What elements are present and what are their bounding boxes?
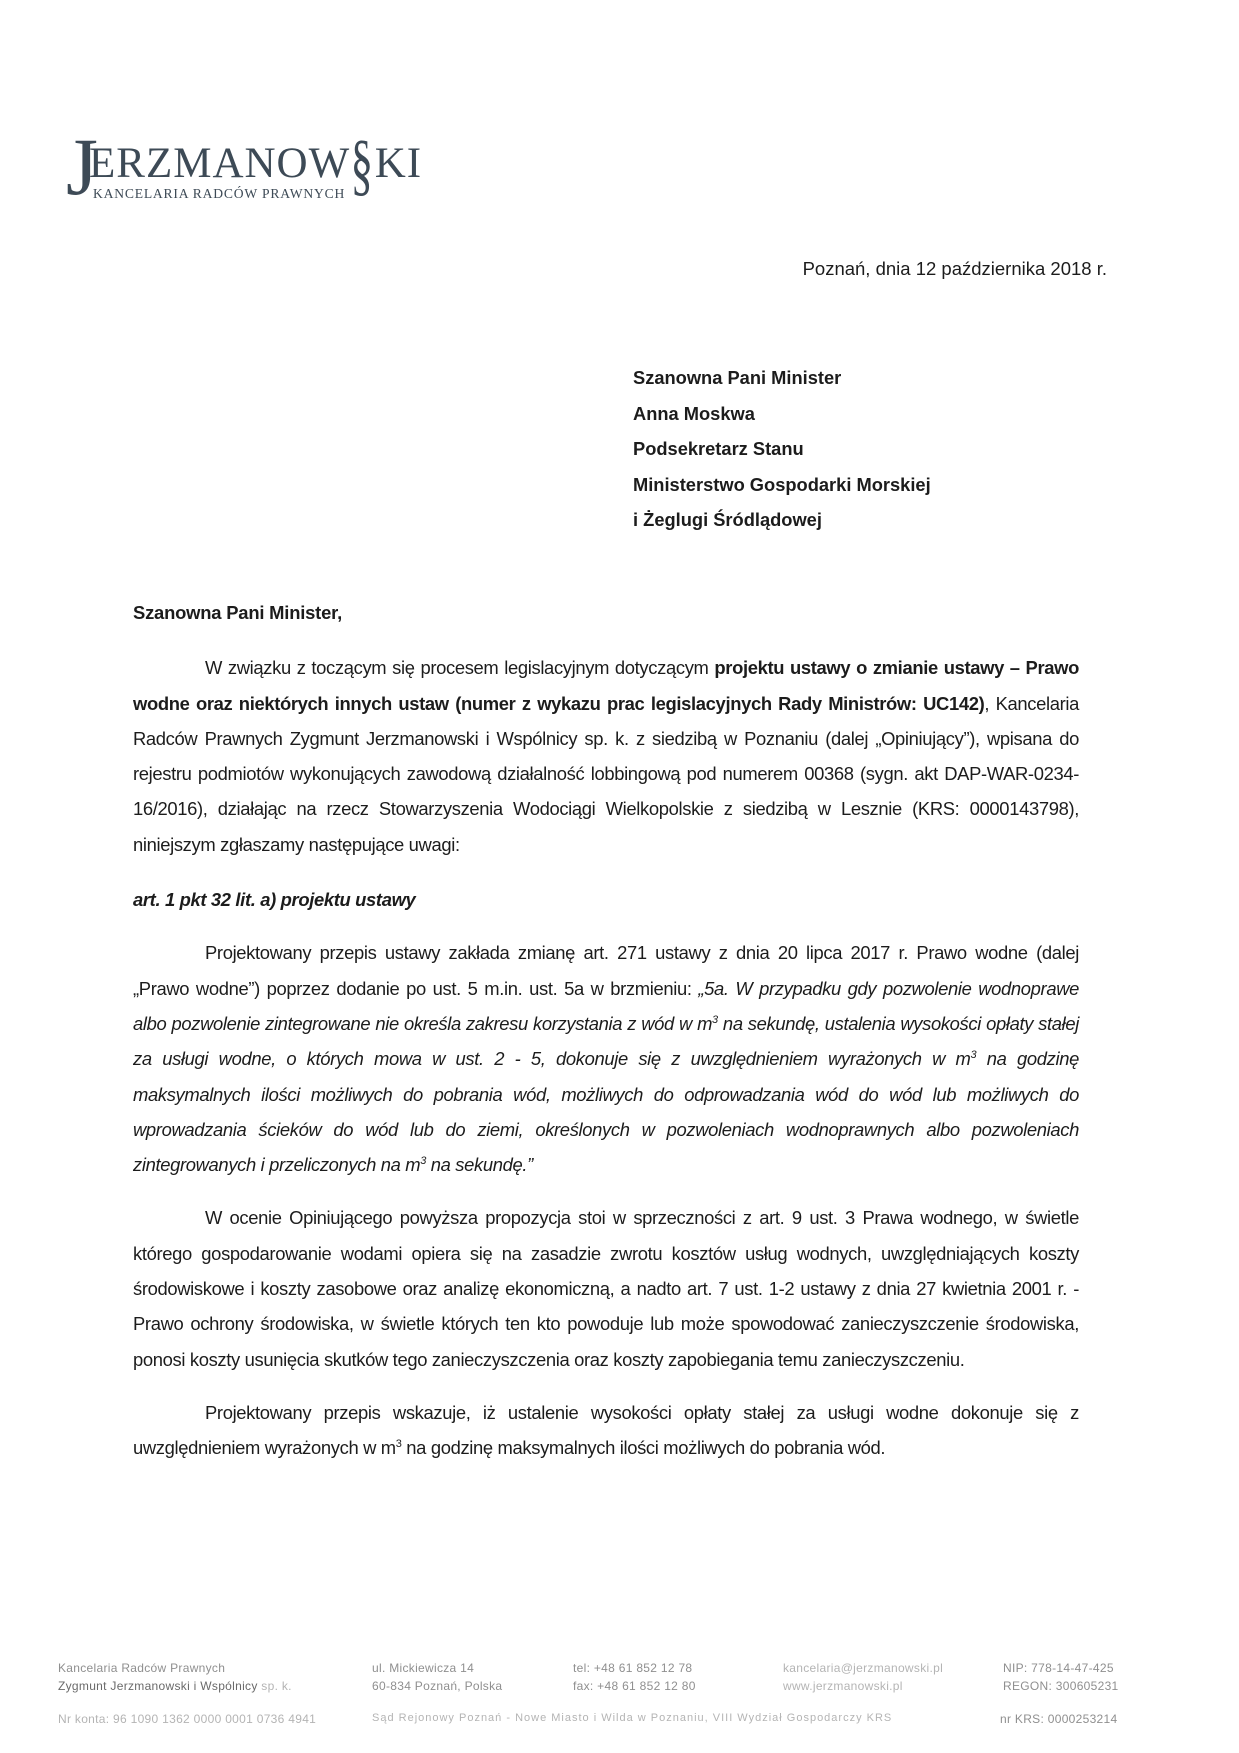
recipient-line: Podsekretarz Stanu: [633, 437, 931, 473]
footer-court: Sąd Rejonowy Poznań - Nowe Miasto i Wild…: [372, 1712, 892, 1724]
recipient-line: i Żeglugi Śródlądowej: [633, 508, 931, 544]
footer-firm-line2: Zygmunt Jerzmanowski i Wspólnicy sp. k.: [58, 1679, 292, 1693]
recipient-block: Szanowna Pani Minister Anna Moskwa Podse…: [633, 366, 931, 544]
recipient-line: Ministerstwo Gospodarki Morskiej: [633, 473, 931, 509]
footer-regon: REGON: 300605231: [1003, 1679, 1119, 1693]
footer-bank-account: Nr konta: 96 1090 1362 0000 0001 0736 49…: [58, 1712, 316, 1726]
letter-body: Szanowna Pani Minister, W związku z tocz…: [133, 595, 1079, 1466]
recipient-line: Szanowna Pani Minister: [633, 366, 931, 402]
quoted-provision: „5a. W przypadku gdy pozwolenie wodnopra…: [133, 978, 1079, 1175]
paragraph-intro: W związku z toczącym się procesem legisl…: [133, 650, 1079, 862]
footer-phone: tel: +48 61 852 12 78: [573, 1661, 692, 1675]
paragraph-analysis: Projektowany przepis wskazuje, iż ustale…: [133, 1395, 1079, 1466]
footer-website-link[interactable]: www.jerzmanowski.pl: [783, 1679, 903, 1693]
firm-logo: J ERZMANOW§KI KANCELARIA RADCÓW PRAWNYCH: [66, 126, 446, 216]
salutation: Szanowna Pani Minister,: [133, 595, 1079, 630]
section-title: art. 1 pkt 32 lit. a) projektu ustawy: [133, 882, 1079, 917]
footer-nip: NIP: 778-14-47-425: [1003, 1661, 1114, 1675]
footer-krs: nr KRS: 0000253214: [1000, 1712, 1117, 1726]
paragraph-proposal: Projektowany przepis ustawy zakłada zmia…: [133, 935, 1079, 1182]
footer-fax: fax: +48 61 852 12 80: [573, 1679, 696, 1693]
footer-email-link[interactable]: kancelaria@jerzmanowski.pl: [783, 1661, 943, 1675]
date-line: Poznań, dnia 12 października 2018 r.: [803, 258, 1107, 280]
section-sign-icon: §: [351, 132, 375, 201]
paragraph-opinion: W ocenie Opiniującego powyższa propozycj…: [133, 1200, 1079, 1376]
footer-address-street: ul. Mickiewicza 14: [372, 1661, 474, 1675]
footer-address-city: 60-834 Poznań, Polska: [372, 1679, 502, 1693]
recipient-line: Anna Moskwa: [633, 402, 931, 438]
logo-subtitle: KANCELARIA RADCÓW PRAWNYCH: [93, 186, 345, 202]
footer-firm-line1: Kancelaria Radców Prawnych: [58, 1661, 225, 1675]
logo-name: ERZMANOW§KI: [89, 142, 422, 185]
